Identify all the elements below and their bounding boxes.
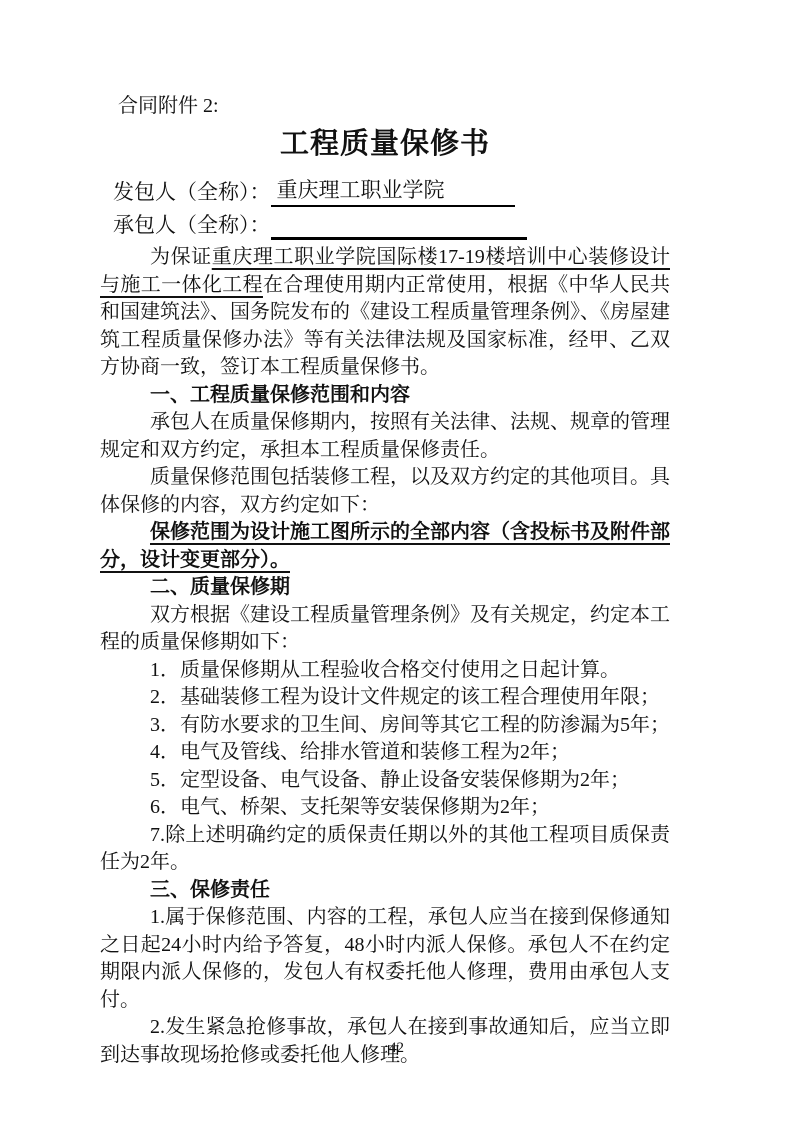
paragraph: 承包人在质量保修期内，按照有关法律、法规、规章的管理规定和双方约定，承担本工程质… — [100, 409, 670, 464]
contractor-line: 承包人（全称）： — [113, 207, 670, 240]
text-segment: 承包人在质量保修期内，按照有关法律、法规、规章的管理规定和双方约定，承担本工程质… — [100, 411, 670, 461]
text-segment: 6．电气、桥架、支托架等安装保修期为2年； — [150, 796, 550, 818]
section-heading: 二、质量保修期 — [100, 574, 670, 602]
employer-line-label: 发包人（全称）： — [113, 176, 271, 207]
paragraph: 7.除上述明确约定的质保责任期以外的其他工程项目质保责任为2年。 — [100, 822, 670, 877]
parties: 发包人（全称）：重庆理工职业学院承包人（全称）： — [113, 174, 670, 240]
text-segment: 1.属于保修范围、内容的工程，承包人应当在接到保修通知之日起24小时内给予答复，… — [100, 906, 670, 1011]
attachment-label: 合同附件 2: — [118, 94, 670, 118]
employer-line-value: 重庆理工职业学院 — [271, 174, 515, 207]
document-body: 为保证重庆理工职业学院国际楼17-19楼培训中心装修设计与施工一体化工程在合理使… — [100, 244, 670, 1069]
contractor-line-value — [271, 236, 527, 240]
paragraph: 6．电气、桥架、支托架等安装保修期为2年； — [100, 794, 670, 822]
paragraph: 为保证重庆理工职业学院国际楼17-19楼培训中心装修设计与施工一体化工程在合理使… — [100, 244, 670, 382]
text-segment: 2．基础装修工程为设计文件规定的该工程合理使用年限； — [150, 686, 660, 708]
text-segment: 质量保修范围包括装修工程，以及双方约定的其他项目。具体保修的内容，双方约定如下： — [100, 466, 670, 516]
employer-line: 发包人（全称）：重庆理工职业学院 — [113, 174, 670, 207]
page-number: 42 — [0, 1040, 793, 1057]
text-segment: 一、工程质量保修范围和内容 — [150, 384, 410, 406]
text-segment: 三、保修责任 — [150, 879, 270, 901]
text-segment: 双方根据《建设工程质量管理条例》及有关规定，约定本工程的质量保修期如下： — [100, 604, 670, 654]
paragraph: 1.属于保修范围、内容的工程，承包人应当在接到保修通知之日起24小时内给予答复，… — [100, 904, 670, 1014]
text-segment: 7.除上述明确约定的质保责任期以外的其他工程项目质保责任为2年。 — [100, 824, 670, 874]
contractor-line-label: 承包人（全称）： — [113, 209, 271, 240]
paragraph: 1．质量保修期从工程验收合格交付使用之日起计算。 — [100, 657, 670, 685]
section-heading: 一、工程质量保修范围和内容 — [100, 382, 670, 410]
document-title: 工程质量保修书 — [100, 126, 670, 162]
paragraph: 5．定型设备、电气设备、静止设备安装保修期为2年； — [100, 767, 670, 795]
paragraph: 3．有防水要求的卫生间、房间等其它工程的防渗漏为5年； — [100, 712, 670, 740]
text-segment: 4．电气及管线、给排水管道和装修工程为2年； — [150, 741, 570, 763]
paragraph: 质量保修范围包括装修工程，以及双方约定的其他项目。具体保修的内容，双方约定如下： — [100, 464, 670, 519]
document-page: 合同附件 2: 工程质量保修书 发包人（全称）：重庆理工职业学院承包人（全称）：… — [0, 0, 793, 1122]
text-segment: 二、质量保修期 — [150, 576, 290, 598]
text-segment: 3．有防水要求的卫生间、房间等其它工程的防渗漏为5年； — [150, 714, 670, 736]
text-segment: 1．质量保修期从工程验收合格交付使用之日起计算。 — [150, 659, 620, 681]
paragraph: 2．基础装修工程为设计文件规定的该工程合理使用年限； — [100, 684, 670, 712]
section-heading: 三、保修责任 — [100, 877, 670, 905]
paragraph: 双方根据《建设工程质量管理条例》及有关规定，约定本工程的质量保修期如下： — [100, 602, 670, 657]
paragraph: 保修范围为设计施工图所示的全部内容（含投标书及附件部分，设计变更部分）。 — [100, 519, 670, 574]
text-segment: 保修范围为设计施工图所示的全部内容（含投标书及附件部分，设计变更部分）。 — [100, 521, 670, 571]
paragraph: 4．电气及管线、给排水管道和装修工程为2年； — [100, 739, 670, 767]
text-segment: 为保证 — [150, 246, 212, 268]
text-segment: 5．定型设备、电气设备、静止设备安装保修期为2年； — [150, 769, 630, 791]
